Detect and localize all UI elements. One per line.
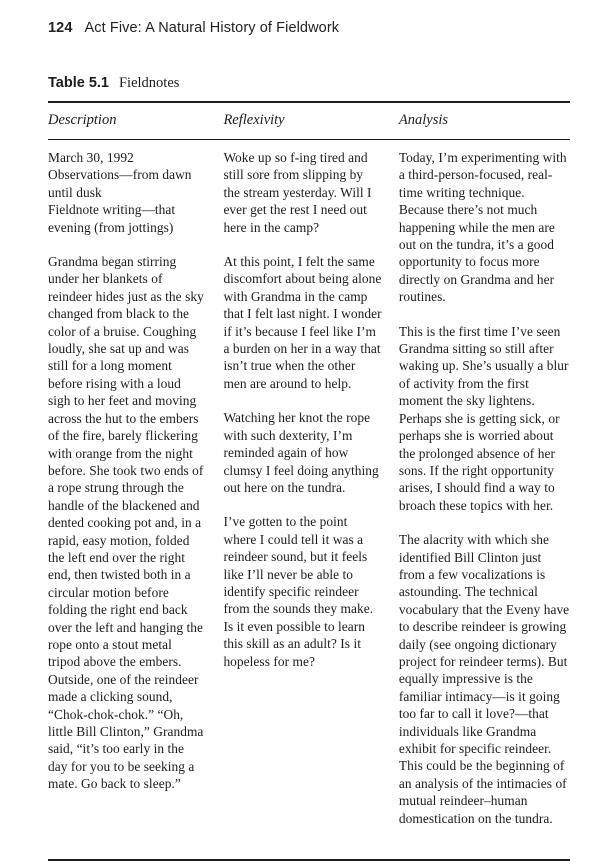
description-column: March 30, 1992 Observations—from dawn un… [48, 149, 206, 844]
running-header: 124Act Five: A Natural History of Fieldw… [48, 20, 570, 36]
table-cell-paragraph: At this point, I felt the same discomfor… [223, 253, 381, 392]
column-header-description: Description [48, 112, 206, 129]
table-caption: Table 5.1Fieldnotes [48, 74, 570, 92]
analysis-column: Today, I’m experimenting with a third-pe… [399, 149, 570, 844]
table-title: Fieldnotes [119, 75, 179, 91]
table-bottom-rule [48, 859, 570, 861]
table-cell-paragraph: This is the first time I’ve seen Grandma… [399, 323, 570, 514]
table-cell-paragraph: The alacrity with which she identified B… [399, 531, 570, 827]
table-cell-paragraph: I’ve gotten to the point where I could t… [223, 513, 381, 670]
chapter-title: Act Five: A Natural History of Fieldwork [85, 20, 340, 36]
table-cell-paragraph: Grandma began stirring under her blanket… [48, 253, 206, 793]
table-label: Table 5.1 [48, 75, 109, 91]
table-header-row: Description Reflexivity Analysis [48, 103, 570, 139]
table-cell-paragraph: Woke up so f-ing tired and still sore fr… [223, 149, 381, 236]
column-header-reflexivity: Reflexivity [223, 112, 381, 129]
table-cell-paragraph: March 30, 1992 Observations—from dawn un… [48, 149, 206, 236]
column-header-analysis: Analysis [399, 112, 570, 129]
table-cell-paragraph: Today, I’m experimenting with a third-pe… [399, 149, 570, 306]
table-body: March 30, 1992 Observations—from dawn un… [48, 140, 570, 844]
table-cell-paragraph: Watching her knot the rope with such dex… [223, 409, 381, 496]
page-number: 124 [48, 20, 73, 36]
book-page: 124Act Five: A Natural History of Fieldw… [0, 0, 600, 868]
reflexivity-column: Woke up so f-ing tired and still sore fr… [223, 149, 381, 844]
